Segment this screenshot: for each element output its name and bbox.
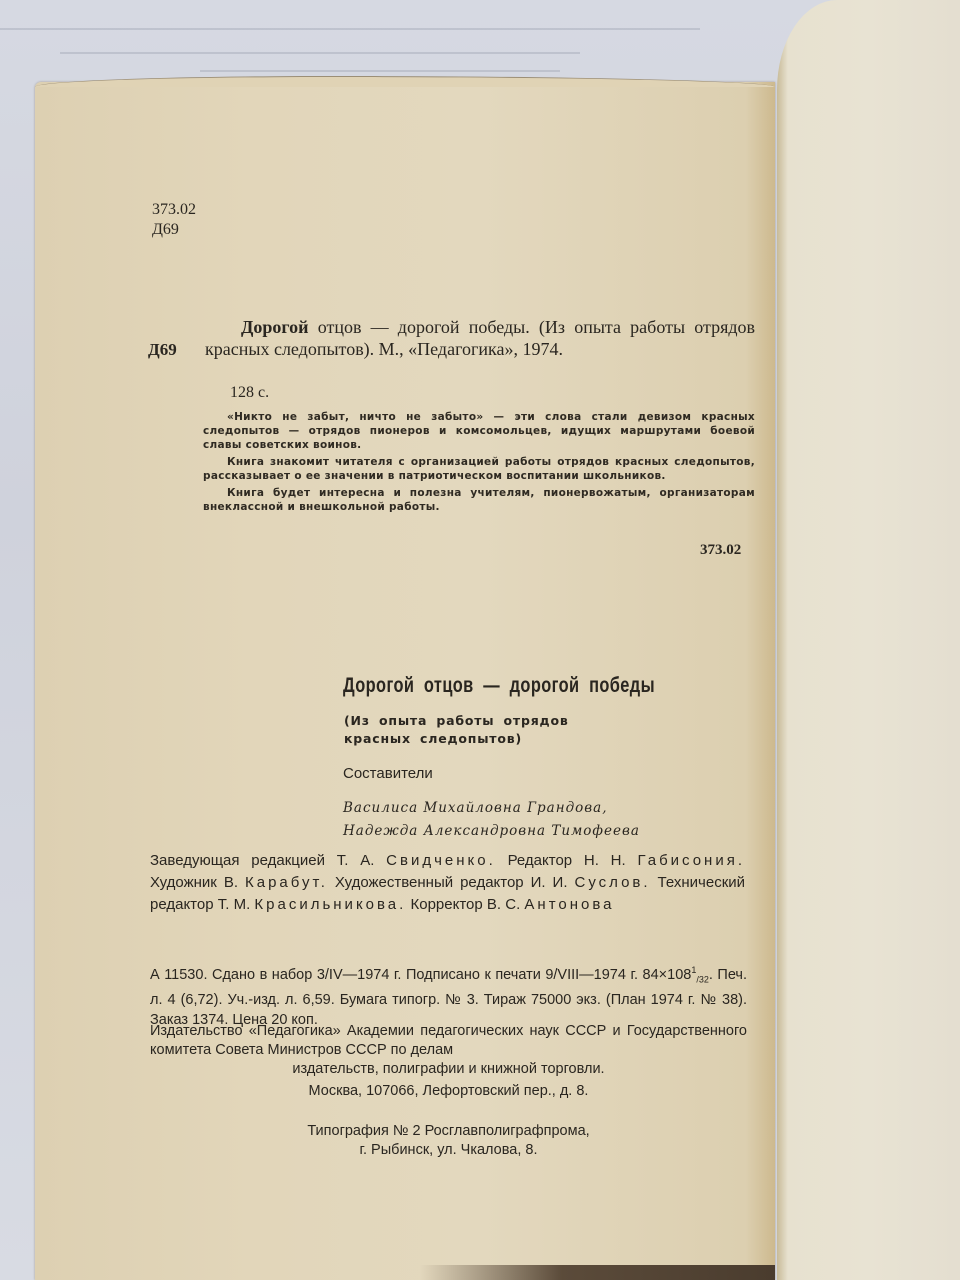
staff-role: Художественный редактор И. И. [335, 874, 568, 891]
printer-address: г. Рыбинск, ул. Чкалова, 8. [150, 1141, 747, 1160]
printer-info: Типография № 2 Росглавполиграфпрома, г. … [150, 1122, 747, 1160]
facing-page [777, 0, 960, 1280]
book-title: Дорогой отцов — дорогой победы [343, 674, 655, 698]
editorial-staff: Заведующая редакцией Т. А. Свидченко. Ре… [150, 850, 745, 916]
entry-title-bold: Дорогой [241, 317, 309, 337]
staff-name: Карабут. [245, 874, 328, 891]
page-count: 128 с. [230, 384, 269, 402]
subtitle-line: (Из опыта работы отрядов [344, 712, 624, 730]
publisher-info: Издательство «Педагогика» Академии педаг… [150, 1022, 747, 1079]
wood-grain [0, 28, 700, 30]
print-details-text: А 11530. Сдано в набор 3/IV—1974 г. Подп… [150, 967, 691, 983]
staff-name: Красильникова. [254, 896, 406, 913]
annotation-paragraph: Книга знакомит читателя с организацией р… [203, 455, 755, 483]
compilers-label: Составители [343, 765, 433, 782]
wood-grain [200, 70, 560, 72]
publisher-address: Москва, 107066, Лефортовский пер., д. 8. [150, 1083, 747, 1099]
udc-classification: 373.02 Д69 [152, 200, 196, 240]
annotation-paragraph: «Никто не забыт, ничто не забыто» — эти … [203, 410, 755, 452]
staff-name: Суслов. [574, 874, 650, 891]
udc-number: 373.02 [152, 200, 196, 220]
bibliographic-entry: Дорогой отцов — дорогой победы. (Из опыт… [205, 316, 755, 360]
printer-name: Типография № 2 Росглавполиграфпрома, [150, 1122, 747, 1141]
subtitle-line: красных следопытов) [344, 730, 624, 748]
format-superscript: 1 [691, 965, 696, 975]
wood-grain [60, 52, 580, 54]
compiler-name: Василиса Михайловна Грандова, [343, 797, 640, 820]
annotation: «Никто не забыт, ничто не забыто» — эти … [203, 410, 755, 517]
udc-bottom: 373.02 [700, 542, 741, 559]
annotation-paragraph: Книга будет интересна и полезна учителям… [203, 486, 755, 514]
book-subtitle: (Из опыта работы отрядов красных следопы… [344, 712, 624, 748]
staff-name: Антонова [524, 896, 614, 913]
author-mark: Д69 [152, 220, 196, 240]
staff-role: Художник В. [150, 874, 238, 891]
format-subscript: /32 [696, 975, 709, 985]
compiler-name: Надежда Александровна Тимофеева [343, 820, 640, 843]
staff-role: Заведующая редакцией Т. А. [150, 852, 374, 869]
print-details: А 11530. Сдано в набор 3/IV—1974 г. Подп… [150, 960, 747, 1030]
publisher-text: Издательство «Педагогика» Академии педаг… [150, 1023, 747, 1058]
publisher-text: издательств, полиграфии и книжной торгов… [150, 1060, 747, 1079]
staff-name: Свидченко. [386, 852, 496, 869]
catalog-card-code: Д69 [148, 340, 177, 360]
staff-role: Корректор В. С. [411, 896, 521, 913]
compilers-list: Василиса Михайловна Грандова, Надежда Ал… [343, 797, 640, 843]
staff-role: Редактор Н. Н. [508, 852, 626, 869]
staff-name: Габисония. [637, 852, 745, 869]
page-edge-shadow [420, 1265, 775, 1280]
